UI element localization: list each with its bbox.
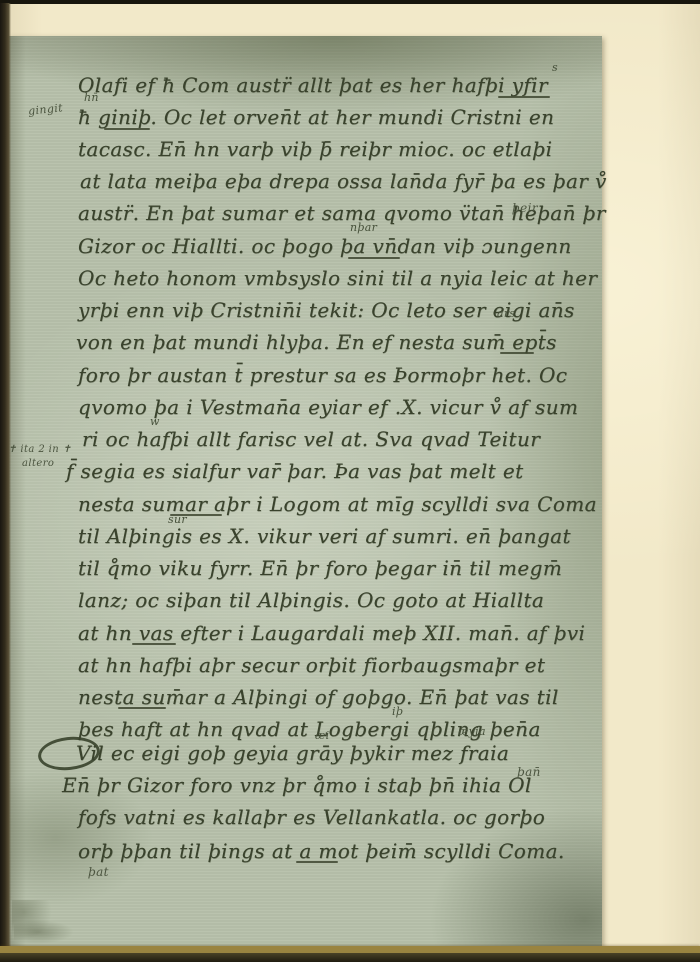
manuscript-line: at hn hafþi aþr secur orþit fiorbaugsmaþ…: [78, 652, 545, 678]
interlinear-gloss: æi: [315, 730, 329, 742]
ink-underline: [132, 643, 176, 645]
manuscript-line: ħ giniþ. Oc let orven̄t at her mundi Cri…: [78, 104, 554, 130]
margin-note-left-mid-2: altero: [22, 457, 54, 470]
scan-edge-bottom-rule: [0, 946, 700, 953]
margin-catchword-bottom: þat: [88, 866, 109, 879]
interlinear-gloss: hn̄: [84, 92, 99, 104]
ink-underline: [296, 861, 338, 863]
manuscript-line: f̄ segia es sialfur var̄ þar. Þa vas þat…: [66, 458, 524, 484]
manuscript-line: tacasc. En̄ hn varþ viþ þ̄ reiþr mioc. o…: [78, 136, 552, 162]
ink-underline: [498, 96, 550, 98]
manuscript-line: til q̊mo viku fyrr. En̄ þr foro þegar in…: [78, 555, 562, 581]
ink-underline: [348, 257, 400, 259]
manuscript-line: nesta sumar aþr i Logom at mīg scylldi s…: [78, 491, 597, 517]
plate-smudge: [14, 920, 74, 944]
manuscript-line: fofs vatni es kallaþr es Vellankatla. oc…: [78, 804, 545, 830]
interlinear-gloss: æyia: [458, 726, 486, 738]
manuscript-line: til Alþingis es X. vikur veri af sumri. …: [78, 523, 571, 549]
interlinear-gloss: s: [552, 62, 558, 74]
manuscript-line: at lata meiþa eþa drepa ossa lan̄da fyr̄…: [80, 168, 607, 194]
ink-underline: [104, 128, 150, 130]
manuscript-line-verse: Vil ec eigi goþ geyia grāy þykir mez fra…: [76, 740, 509, 766]
manuscript-line: foro þr austan t̄ prestur sa es Þormoþr …: [78, 362, 567, 388]
scan-edge-bottom-shadow: [0, 953, 700, 962]
manuscript-line: Oc heto honom vmbsyslo sini til a nyia l…: [78, 265, 597, 291]
scan-edge-left-binding: [0, 3, 11, 962]
manuscript-line: von en þat mundi hlyþa. En ef nesta sum̄…: [76, 329, 557, 355]
margin-note-right-lower: þan̄: [517, 766, 541, 779]
interlinear-gloss: nþar: [350, 222, 377, 234]
manuscript-line: Gizor oc Hiallti. oc þogo þa vn̄dan viþ …: [78, 233, 572, 259]
manuscript-line: Olafi ef ħ Com austr̈ allt þat es her ha…: [78, 72, 548, 98]
margin-note-right-top: þeir: [512, 202, 538, 215]
manuscript-line: ri oc hafþi allt farisc vel at. Sva qvad…: [82, 426, 540, 452]
ink-underline: [118, 707, 166, 709]
manuscript-line: En̄ þr Gizor foro vnz þr q̊mo i staþ þn̄…: [62, 772, 532, 798]
ink-underline: [170, 514, 222, 516]
scan-edge-top: [0, 0, 700, 4]
interlinear-gloss: iþ: [392, 706, 403, 718]
margin-note-left-mid-1: ✝ ita 2 in ✝: [8, 443, 71, 456]
scanned-book-page: Olafi ef ħ Com austr̈ allt þat es her ha…: [0, 0, 700, 962]
interlinear-gloss: w: [150, 416, 160, 428]
ink-underline: [500, 352, 534, 354]
manuscript-line: lanz; oc siþan til Alþingis. Oc goto at …: [78, 587, 544, 613]
interlinear-gloss: ars: [497, 308, 515, 320]
